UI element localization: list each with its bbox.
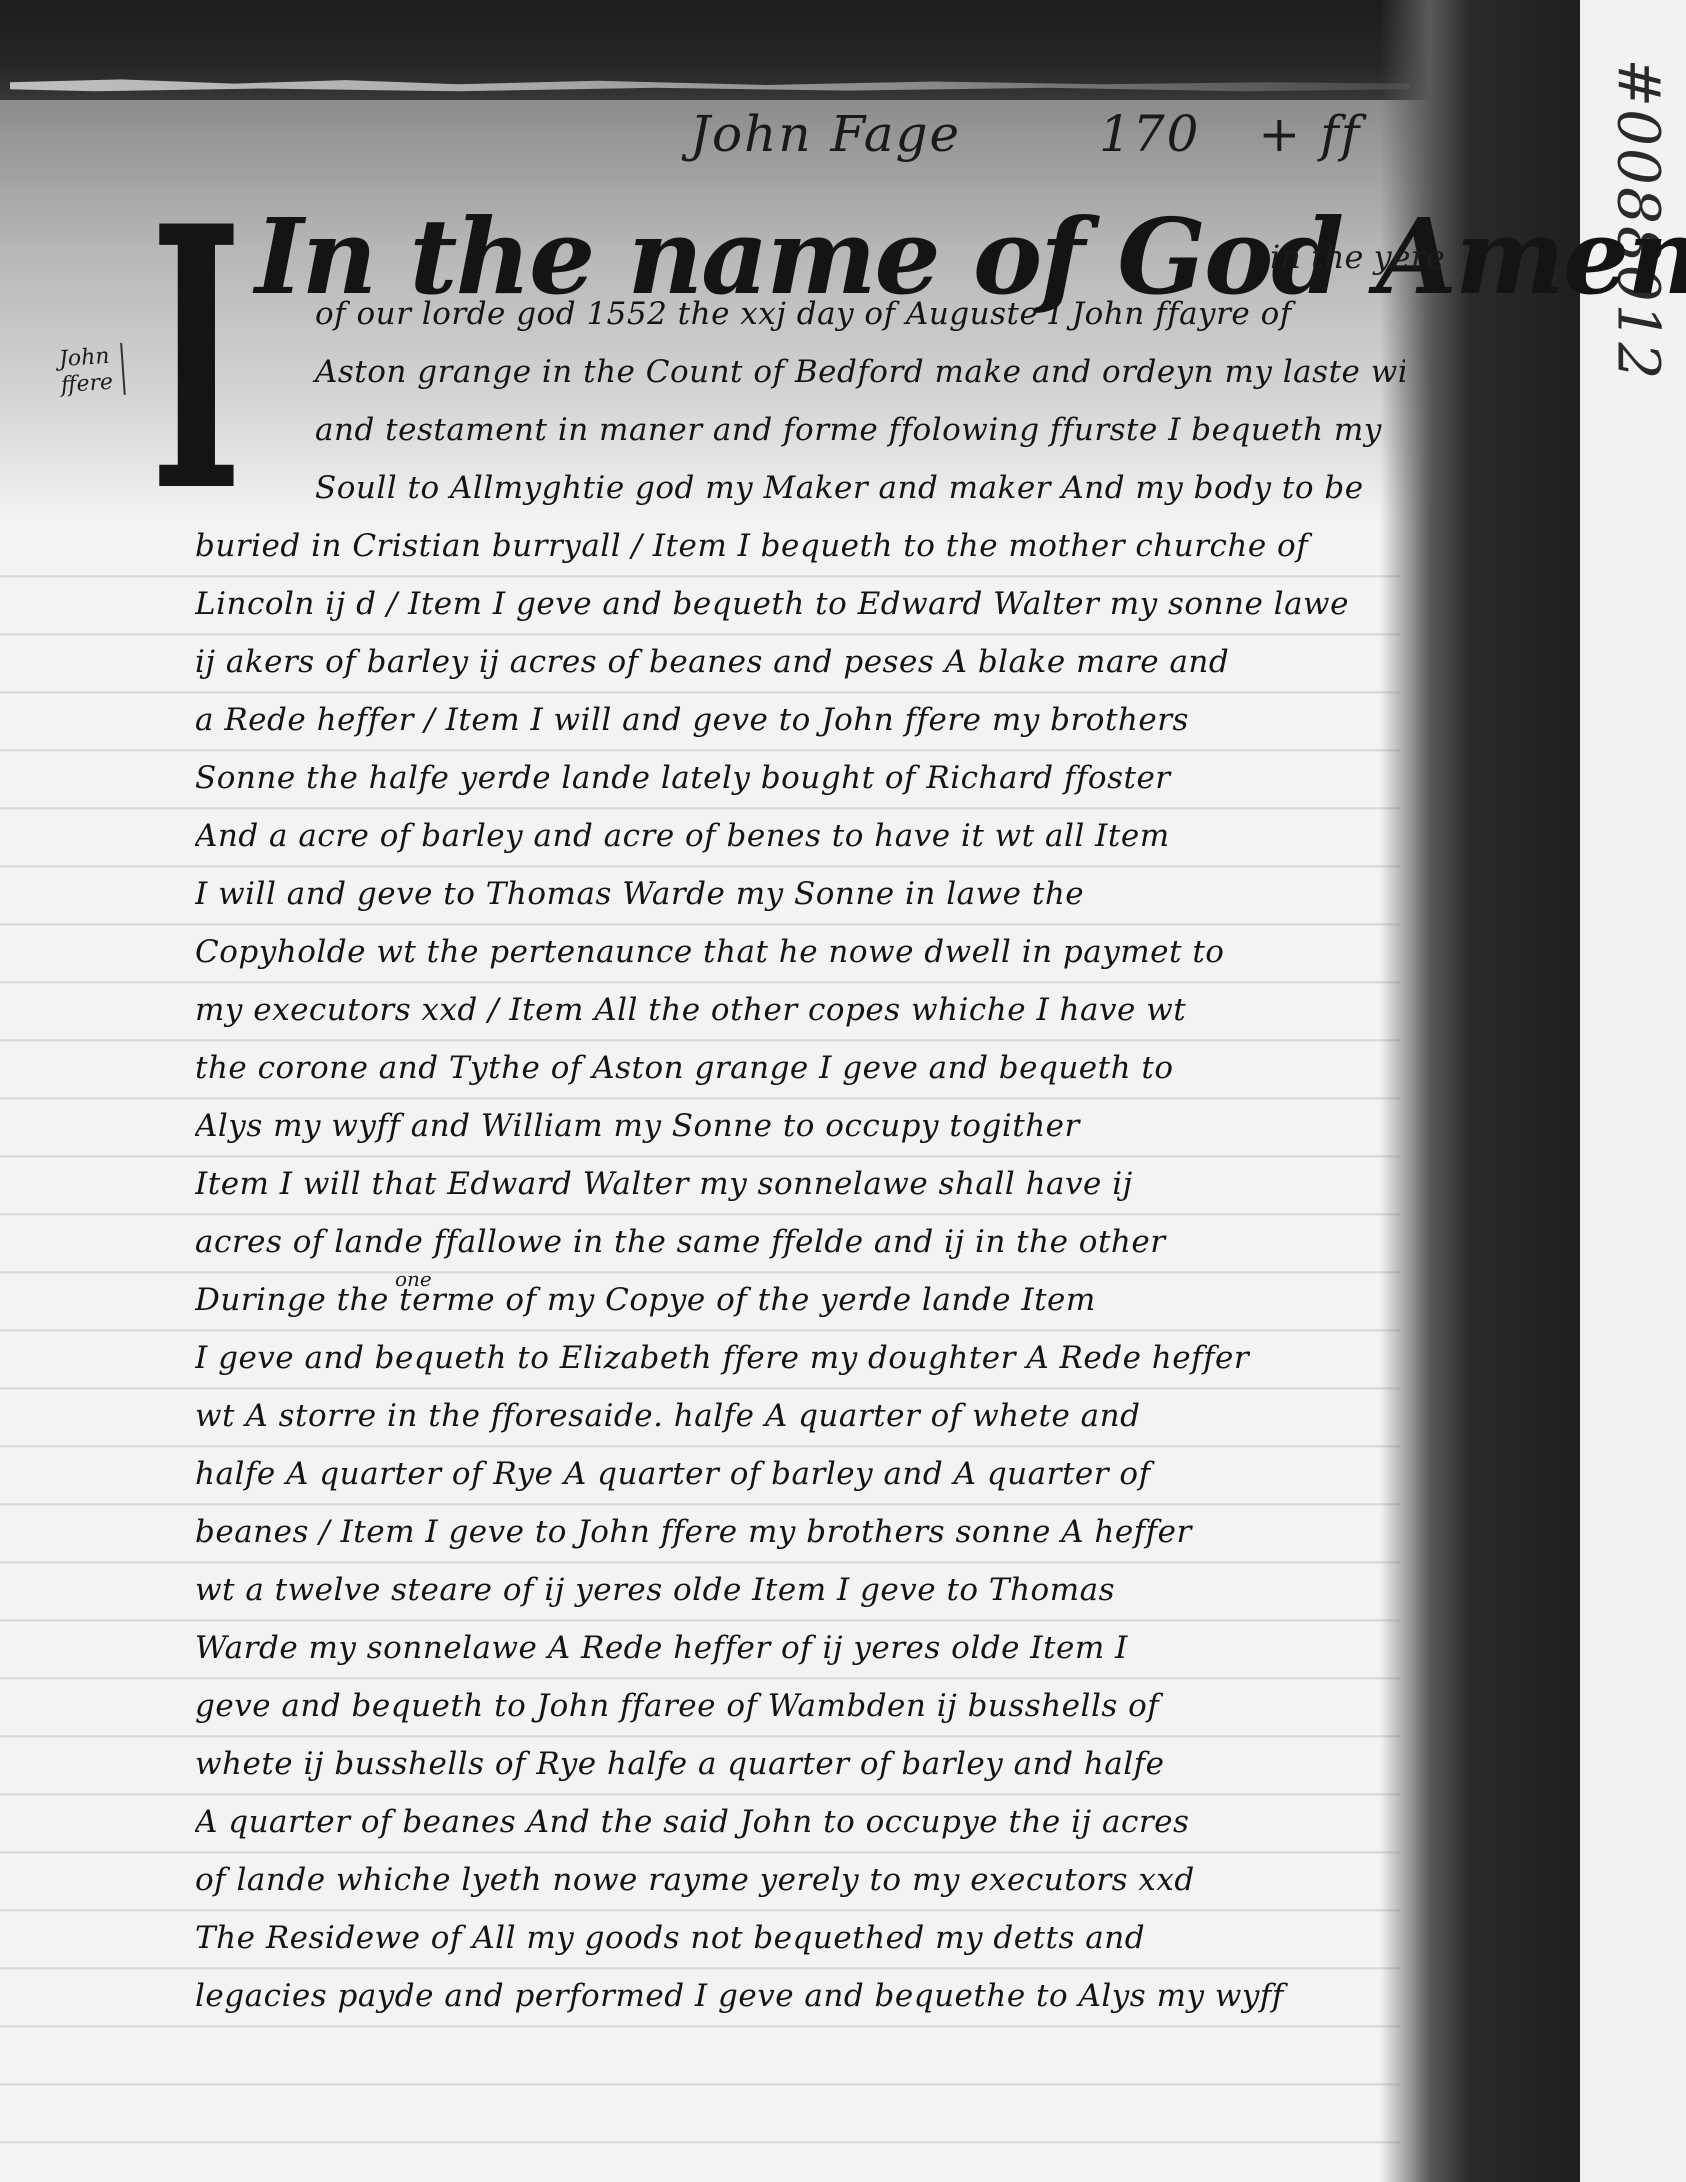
- text-line: Warde my sonnelawe A Rede heffer of ij y…: [195, 1619, 1405, 1677]
- text-line: Duringe the terme of my Copye of the yer…: [195, 1271, 1405, 1329]
- text-line: ij akers of barley ij acres of beanes an…: [195, 633, 1405, 691]
- text-line: Item I will that Edward Walter my sonnel…: [195, 1155, 1405, 1213]
- text-line: a Rede heffer / Item I will and geve to …: [195, 691, 1405, 749]
- text-line: halfe A quarter of Rye A quarter of barl…: [195, 1445, 1405, 1503]
- text-line: Lincoln ij d / Item I geve and bequeth t…: [195, 575, 1405, 633]
- text-line: whete ij busshells of Rye halfe a quarte…: [195, 1735, 1405, 1793]
- text-line: I geve and bequeth to Elizabeth ffere my…: [195, 1329, 1405, 1387]
- text-line: my executors xxd / Item All the other co…: [195, 981, 1405, 1039]
- text-line: And a acre of barley and acre of benes t…: [195, 807, 1405, 865]
- text-line: the corone and Tythe of Aston grange I g…: [195, 1039, 1405, 1097]
- text-line: wt a twelve steare of ij yeres olde Item…: [195, 1561, 1405, 1619]
- text-line: Copyholde wt the pertenaunce that he now…: [195, 923, 1405, 981]
- margin-note-line: John: [58, 344, 112, 374]
- text-line: Aston grange in the Count of Bedford mak…: [195, 343, 1405, 401]
- text-line: buried in Cristian burryall / Item I beq…: [195, 517, 1405, 575]
- heading-continuation: in the yere: [1270, 238, 1445, 276]
- scan-dark-binding-edge: [1380, 0, 1580, 2182]
- text-line: wt A storre in the fforesaide. halfe A q…: [195, 1387, 1405, 1445]
- text-line: and testament in maner and forme ffolowi…: [195, 401, 1405, 459]
- text-line: of our lorde god 1552 the xxj day of Aug…: [195, 285, 1405, 343]
- text-line: acres of lande ffallowe in the same ffel…: [195, 1213, 1405, 1271]
- margin-note: John ffere: [58, 343, 126, 399]
- text-line: geve and bequeth to John ffaree of Wambd…: [195, 1677, 1405, 1735]
- will-body-text: of our lorde god 1552 the xxj day of Aug…: [195, 285, 1405, 2025]
- text-line: I will and geve to Thomas Warde my Sonne…: [195, 865, 1405, 923]
- text-line: beanes / Item I geve to John ffere my br…: [195, 1503, 1405, 1561]
- margin-note-line: ffere: [60, 370, 114, 400]
- folio-mark: + ff: [1258, 105, 1361, 163]
- text-line: The Residewe of All my goods not bequeth…: [195, 1909, 1405, 1967]
- folio-annotation: John Fage 170 + ff: [690, 105, 1361, 163]
- text-line: Alys my wyff and William my Sonne to occ…: [195, 1097, 1405, 1155]
- document-page: #0088012 John Fage 170 + ff I In the nam…: [0, 0, 1686, 2182]
- text-line: Sonne the halfe yerde lande lately bough…: [195, 749, 1405, 807]
- folio-name: John Fage: [690, 105, 961, 163]
- interlinear-insertion: one: [395, 1267, 432, 1291]
- text-line: Soull to Allmyghtie god my Maker and mak…: [195, 459, 1405, 517]
- folio-number: 170: [1099, 105, 1200, 163]
- text-line: A quarter of beanes And the said John to…: [195, 1793, 1405, 1851]
- text-line: legacies payde and performed I geve and …: [195, 1967, 1405, 2025]
- text-line: of lande whiche lyeth nowe rayme yerely …: [195, 1851, 1405, 1909]
